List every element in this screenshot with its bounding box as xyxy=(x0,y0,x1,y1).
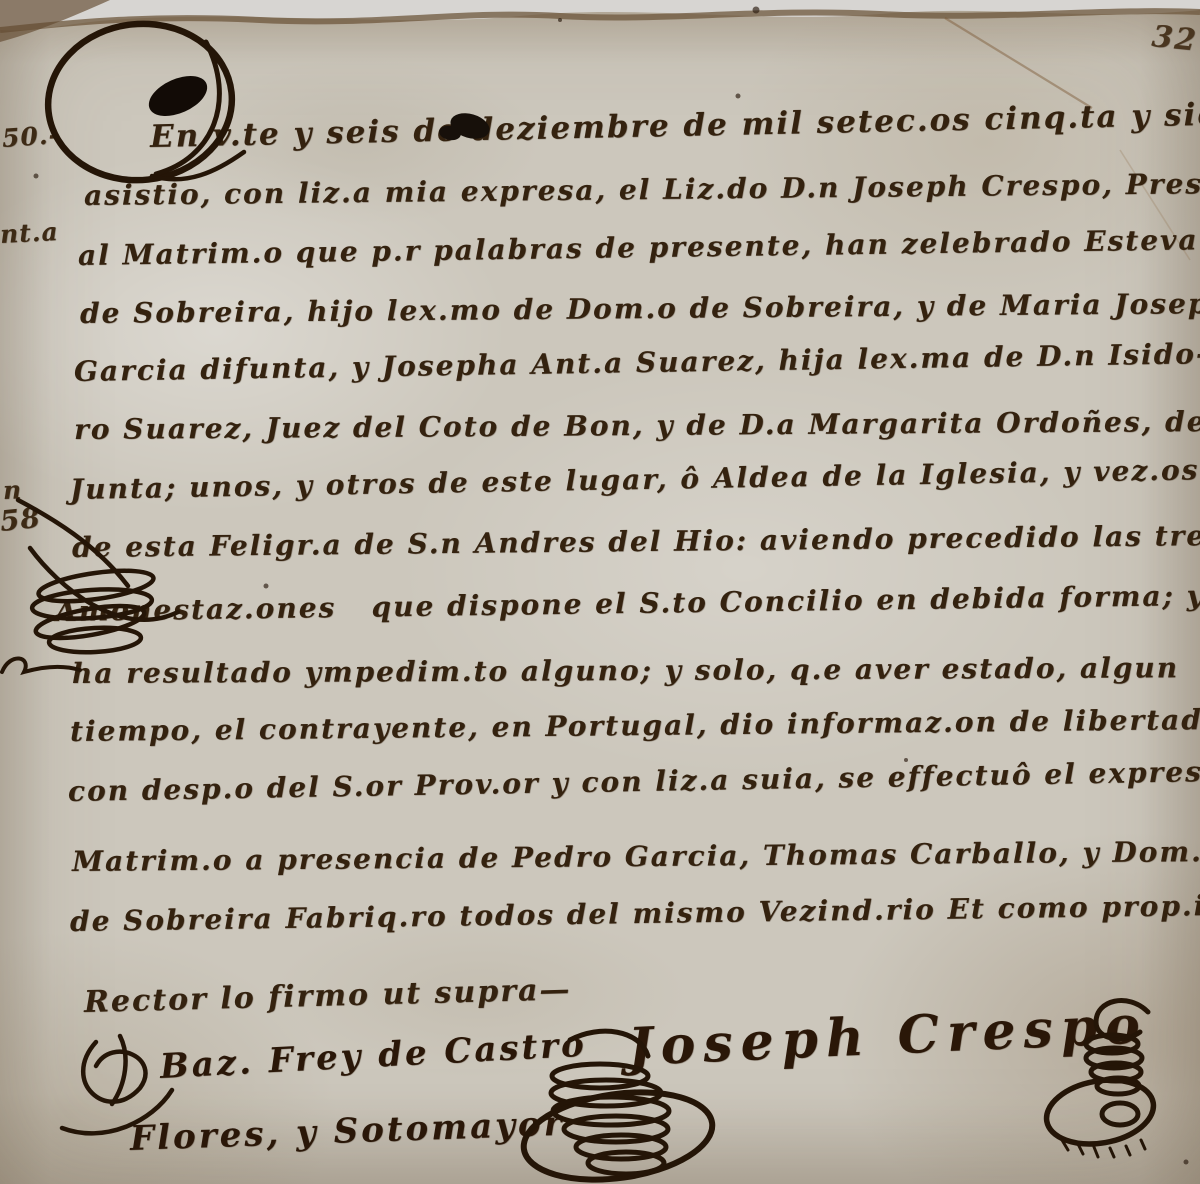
initial-flourish xyxy=(40,15,244,189)
ink-flourish-layer xyxy=(0,0,1200,1184)
witness-flourish xyxy=(62,1036,172,1133)
margin-scribble-coil xyxy=(18,500,178,654)
manuscript-page: 32 50.- nt.a n 58 En v.te y seis de dezi… xyxy=(0,0,1200,1184)
priest-rubric-flourish xyxy=(1041,1001,1158,1157)
center-coil-flourish xyxy=(518,1031,718,1184)
ink-blot xyxy=(143,68,213,124)
margin-pen-stroke xyxy=(2,658,80,672)
ink-specks xyxy=(34,7,1189,1165)
ink-blot xyxy=(438,109,493,143)
